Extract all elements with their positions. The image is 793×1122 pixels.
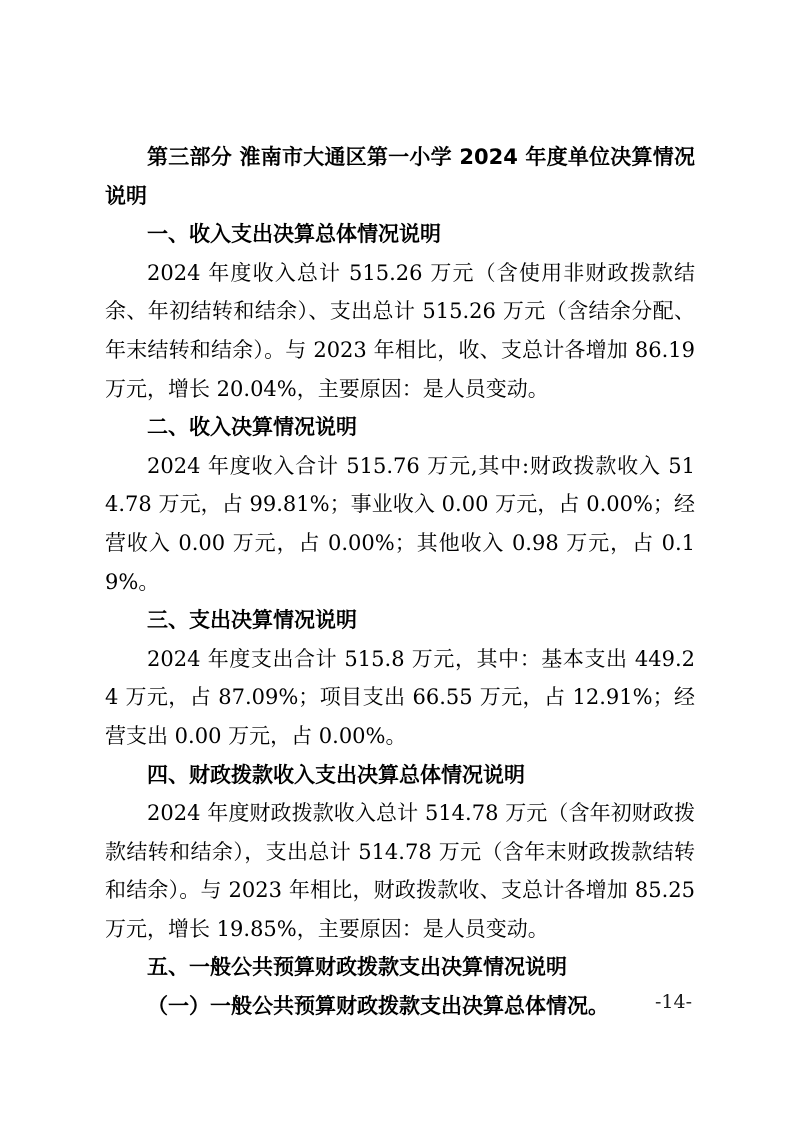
section-expenditure-details: 三、支出决算情况说明 2024 年度支出合计 515.8 万元，其中：基本支出 … — [105, 601, 695, 755]
section-4-heading: 四、财政拨款收入支出决算总体情况说明 — [105, 756, 695, 795]
page-number: -14- — [655, 991, 692, 1013]
section-3-heading: 三、支出决算情况说明 — [105, 601, 695, 640]
section-general-public-budget: 五、一般公共预算财政拨款支出决算情况说明 （一）一般公共预算财政拨款支出决算总体… — [105, 948, 695, 1025]
section-5-subheading: （一）一般公共预算财政拨款支出决算总体情况。 — [105, 987, 695, 1026]
section-income-expenditure-overview: 一、收入支出决算总体情况说明 2024 年度收入总计 515.26 万元（含使用… — [105, 215, 695, 408]
part-title: 第三部分 淮南市大通区第一小学 2024 年度单位决算情况说明 — [105, 138, 695, 215]
section-income-details: 二、收入决算情况说明 2024 年度收入合计 515.76 万元,其中:财政拨款… — [105, 408, 695, 601]
section-fiscal-appropriation-overview: 四、财政拨款收入支出决算总体情况说明 2024 年度财政拨款收入总计 514.7… — [105, 756, 695, 949]
document-page: 第三部分 淮南市大通区第一小学 2024 年度单位决算情况说明 一、收入支出决算… — [0, 0, 793, 1122]
section-3-paragraph: 2024 年度支出合计 515.8 万元，其中：基本支出 449.24 万元，占… — [105, 640, 695, 756]
document-content: 第三部分 淮南市大通区第一小学 2024 年度单位决算情况说明 一、收入支出决算… — [105, 138, 695, 1026]
section-1-paragraph: 2024 年度收入总计 515.26 万元（含使用非财政拨款结余、年初结转和结余… — [105, 254, 695, 408]
section-4-paragraph: 2024 年度财政拨款收入总计 514.78 万元（含年初财政拨款结转和结余），… — [105, 794, 695, 948]
section-2-paragraph: 2024 年度收入合计 515.76 万元,其中:财政拨款收入 514.78 万… — [105, 447, 695, 601]
section-2-heading: 二、收入决算情况说明 — [105, 408, 695, 447]
section-1-heading: 一、收入支出决算总体情况说明 — [105, 215, 695, 254]
section-5-heading: 五、一般公共预算财政拨款支出决算情况说明 — [105, 948, 695, 987]
